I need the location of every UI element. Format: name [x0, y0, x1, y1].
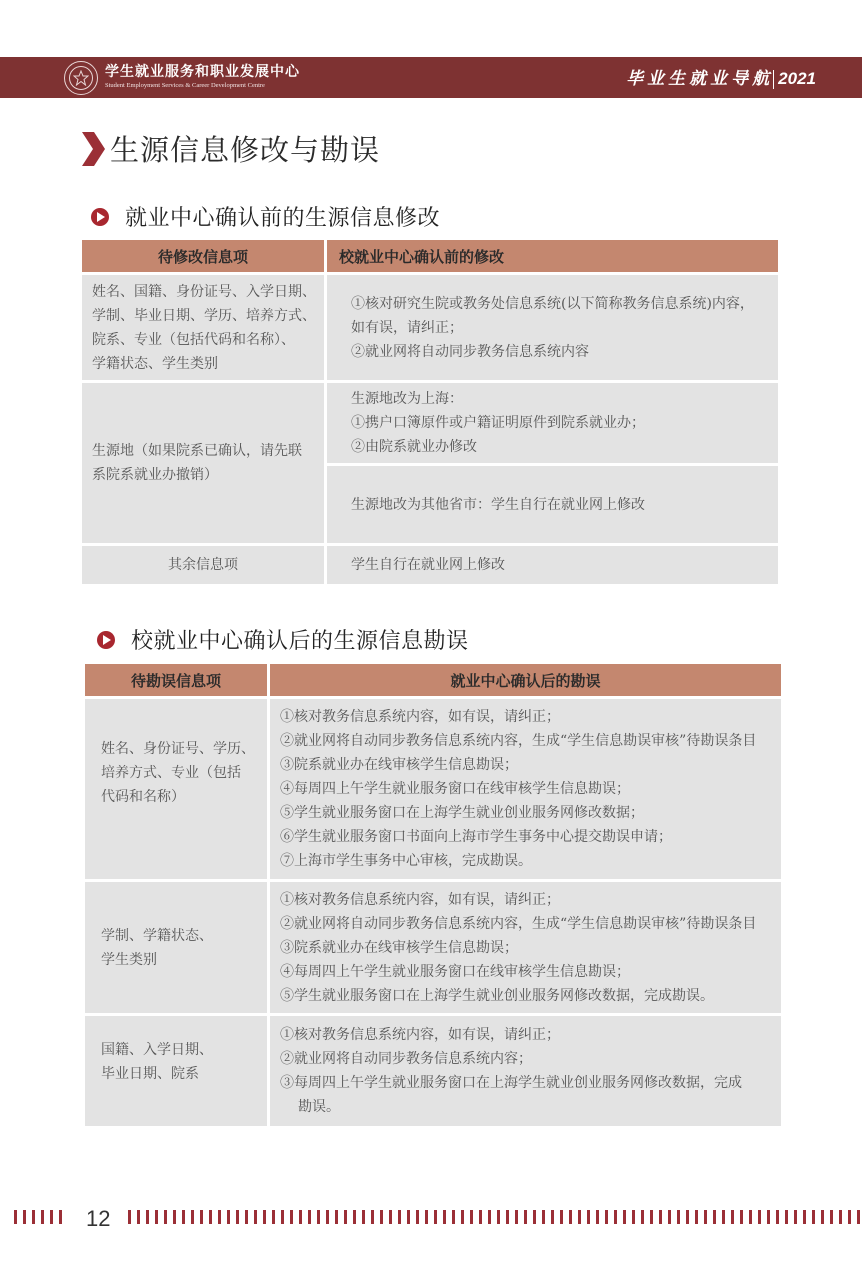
chevron-right-icon [80, 130, 106, 168]
info-item-cell: 姓名、身份证号、学历、 培养方式、专业（包括 代码和名称） [85, 699, 267, 879]
table-row: 学制、学籍状态、 学生类别 ①核对教务信息系统内容，如有误，请纠正； ②就业网将… [85, 882, 781, 1013]
action-cell: ①核对教务信息系统内容，如有误，请纠正； ②就业网将自动同步教务信息系统内容； … [270, 1016, 781, 1126]
header-band: 学生就业服务和职业发展中心 Student Employment Service… [0, 57, 862, 98]
action-cell: ①核对教务信息系统内容，如有误，请纠正； ②就业网将自动同步教务信息系统内容，生… [270, 882, 781, 1013]
table-row: 姓名、国籍、身份证号、入学日期、 学制、毕业日期、学历、培养方式、 院系、专业（… [82, 275, 778, 380]
org-name: 学生就业服务和职业发展中心 [105, 63, 300, 81]
info-item-cell: 学制、学籍状态、 学生类别 [85, 882, 267, 1013]
correction-table: 待勘误信息项 就业中心确认后的勘误 姓名、身份证号、学历、 培养方式、专业（包括… [82, 661, 784, 1129]
section-heading-2: 校就业中心确认后的生源信息勘误 [97, 624, 469, 655]
page-title: 生源信息修改与勘误 [80, 128, 380, 169]
action-cell: 学生自行在就业网上修改 [327, 546, 778, 584]
section-heading-1: 就业中心确认前的生源信息修改 [91, 201, 440, 232]
guide-title: 毕业生就业导航2021 [626, 64, 816, 89]
info-item-cell: 姓名、国籍、身份证号、入学日期、 学制、毕业日期、学历、培养方式、 院系、专业（… [82, 275, 324, 380]
org-name-en: Student Employment Services & Career Dev… [105, 81, 300, 90]
column-header: 校就业中心确认前的修改 [327, 240, 778, 272]
info-item-cell: 其余信息项 [82, 546, 324, 584]
footer-ticks-right [128, 1210, 860, 1224]
table-row: 生源地（如果院系已确认，请先联 系院系就业办撤销） 生源地改为上海： ①携户口簿… [82, 383, 778, 463]
play-bullet-icon [91, 208, 109, 226]
table-header-row: 待修改信息项 校就业中心确认前的修改 [82, 240, 778, 272]
page-number: 12 [86, 1206, 110, 1232]
action-cell: ①核对研究生院或教务处信息系统(以下简称教务信息系统)内容， 如有误，请纠正； … [327, 275, 778, 380]
guide-title-text: 毕业生就业导航 [626, 69, 773, 89]
info-item-cell: 国籍、入学日期、 毕业日期、院系 [85, 1016, 267, 1126]
university-logo-icon [64, 61, 98, 95]
divider [773, 70, 774, 89]
page-title-text: 生源信息修改与勘误 [110, 128, 380, 169]
action-cell: ①核对教务信息系统内容，如有误，请纠正； ②就业网将自动同步教务信息系统内容，生… [270, 699, 781, 879]
table-row: 其余信息项 学生自行在就业网上修改 [82, 546, 778, 584]
table-header-row: 待勘误信息项 就业中心确认后的勘误 [85, 664, 781, 696]
table-row: 国籍、入学日期、 毕业日期、院系 ①核对教务信息系统内容，如有误，请纠正； ②就… [85, 1016, 781, 1126]
section-title: 校就业中心确认后的生源信息勘误 [131, 624, 469, 655]
modification-table: 待修改信息项 校就业中心确认前的修改 姓名、国籍、身份证号、入学日期、 学制、毕… [79, 237, 781, 587]
guide-year: 2021 [778, 69, 816, 88]
column-header: 待修改信息项 [82, 240, 324, 272]
org-block: 学生就业服务和职业发展中心 Student Employment Service… [105, 63, 300, 90]
info-item-cell: 生源地（如果院系已确认，请先联 系院系就业办撤销） [82, 383, 324, 543]
column-header: 待勘误信息项 [85, 664, 267, 696]
play-bullet-icon [97, 631, 115, 649]
footer-ticks-left [14, 1210, 62, 1224]
table-row: 姓名、身份证号、学历、 培养方式、专业（包括 代码和名称） ①核对教务信息系统内… [85, 699, 781, 879]
action-cell: 生源地改为其他省市：学生自行在就业网上修改 [327, 466, 778, 543]
page-footer: 12 [0, 1207, 862, 1229]
column-header: 就业中心确认后的勘误 [270, 664, 781, 696]
section-title: 就业中心确认前的生源信息修改 [125, 201, 440, 232]
action-cell: 生源地改为上海： ①携户口簿原件或户籍证明原件到院系就业办； ②由院系就业办修改 [327, 383, 778, 463]
